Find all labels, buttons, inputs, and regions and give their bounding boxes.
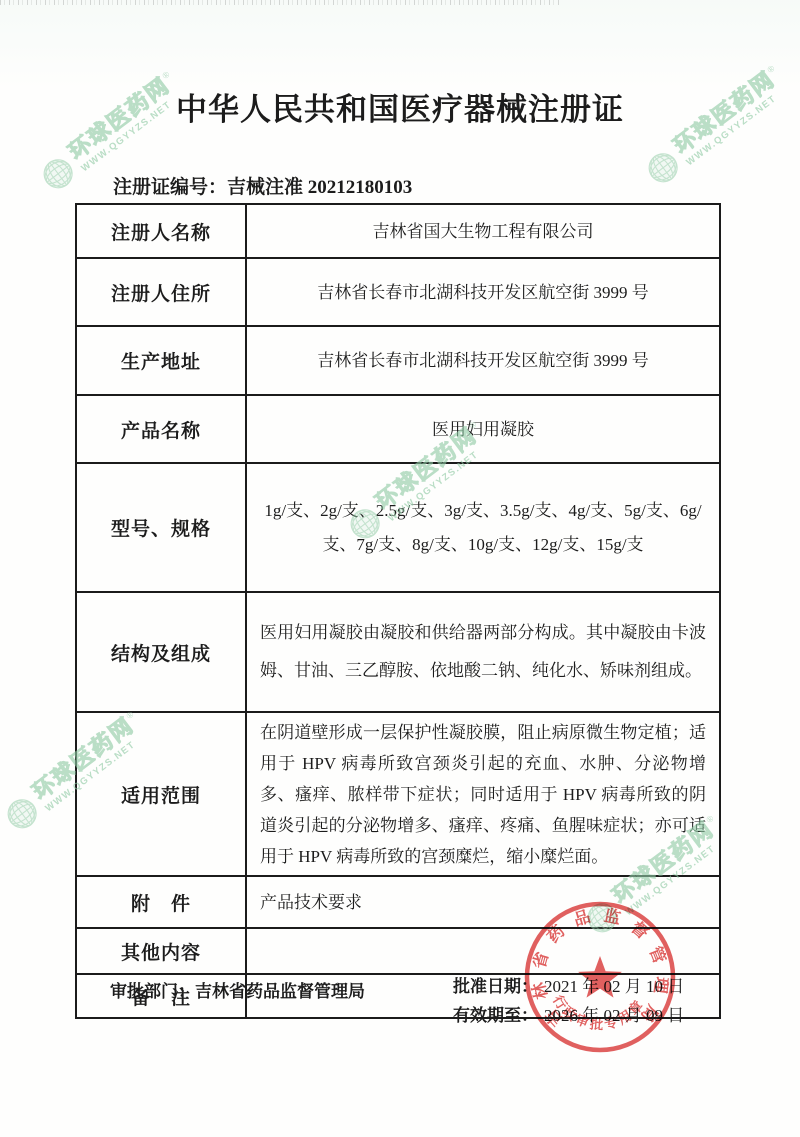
field-value: 产品技术要求 bbox=[246, 876, 720, 928]
approval-department-value: 吉林省药品监督管理局 bbox=[195, 982, 365, 1001]
field-value: 吉林省国大生物工程有限公司 bbox=[246, 204, 720, 258]
field-label: 附 件 bbox=[76, 876, 246, 928]
globe-icon bbox=[34, 150, 82, 198]
globe-icon bbox=[639, 144, 687, 192]
scan-noise-artifact bbox=[0, 0, 560, 5]
field-value: 吉林省长春市北湖科技开发区航空街 3999 号 bbox=[246, 258, 720, 326]
field-value: 1g/支、2g/支、2.5g/支、3g/支、3.5g/支、4g/支、5g/支、6… bbox=[246, 463, 720, 592]
table-row: 附 件 产品技术要求 bbox=[76, 876, 720, 928]
registered-trademark-icon: ® bbox=[765, 63, 776, 75]
field-label: 注册人名称 bbox=[76, 204, 246, 258]
table-row: 结构及组成 医用妇用凝胶由凝胶和供给器两部分构成。其中凝胶由卡波姆、甘油、三乙醇… bbox=[76, 592, 720, 712]
field-label: 生产地址 bbox=[76, 326, 246, 395]
field-label: 结构及组成 bbox=[76, 592, 246, 712]
approval-date-label: 批准日期： bbox=[453, 977, 538, 996]
dates-block: 批准日期：2021 年 02 月 10 日 有效期至：2026 年 02 月 0… bbox=[453, 972, 684, 1030]
field-value: 在阴道壁形成一层保护性凝胶膜，阻止病原微生物定植；适用于 HPV 病毒所致宫颈炎… bbox=[246, 712, 720, 876]
scanned-certificate: { "header": { "title": "中华人民共和国医疗器械注册证",… bbox=[0, 0, 800, 1137]
table-row: 产品名称 医用妇用凝胶 bbox=[76, 395, 720, 463]
field-label: 其他内容 bbox=[76, 928, 246, 974]
certificate-table: 注册人名称 吉林省国大生物工程有限公司 注册人住所 吉林省长春市北湖科技开发区航… bbox=[75, 203, 721, 1019]
field-value: 吉林省长春市北湖科技开发区航空街 3999 号 bbox=[246, 326, 720, 395]
globe-icon bbox=[0, 790, 46, 838]
cert-table-body: 注册人名称 吉林省国大生物工程有限公司 注册人住所 吉林省长春市北湖科技开发区航… bbox=[76, 204, 720, 1018]
valid-until-value: 2026 年 02 月 09 日 bbox=[538, 1006, 684, 1025]
table-row: 注册人住所 吉林省长春市北湖科技开发区航空街 3999 号 bbox=[76, 258, 720, 326]
field-label: 适用范围 bbox=[76, 712, 246, 876]
registration-number-value: 吉械注准 20212180103 bbox=[227, 177, 412, 198]
registration-number-label: 注册证编号： bbox=[113, 177, 227, 198]
table-row: 注册人名称 吉林省国大生物工程有限公司 bbox=[76, 204, 720, 258]
field-label: 注册人住所 bbox=[76, 258, 246, 326]
table-row: 型号、规格 1g/支、2g/支、2.5g/支、3g/支、3.5g/支、4g/支、… bbox=[76, 463, 720, 592]
table-row: 生产地址 吉林省长春市北湖科技开发区航空街 3999 号 bbox=[76, 326, 720, 395]
approval-department-line: 审批部门：吉林省药品监督管理局 bbox=[110, 977, 365, 1002]
approval-date-value: 2021 年 02 月 10 日 bbox=[538, 977, 684, 996]
approval-department-label: 审批部门： bbox=[110, 982, 195, 1001]
approval-date-line: 批准日期：2021 年 02 月 10 日 bbox=[453, 972, 684, 1001]
field-value: 医用妇用凝胶由凝胶和供给器两部分构成。其中凝胶由卡波姆、甘油、三乙醇胺、依地酸二… bbox=[246, 592, 720, 712]
field-label: 产品名称 bbox=[76, 395, 246, 463]
registered-trademark-icon: ® bbox=[160, 69, 171, 81]
registration-number-line: 注册证编号：吉械注准 20212180103 bbox=[113, 172, 412, 199]
table-row: 其他内容 bbox=[76, 928, 720, 974]
valid-until-line: 有效期至：2026 年 02 月 09 日 bbox=[453, 1001, 684, 1030]
valid-until-label: 有效期至： bbox=[453, 1006, 538, 1025]
field-value bbox=[246, 928, 720, 974]
field-value: 医用妇用凝胶 bbox=[246, 395, 720, 463]
field-label: 型号、规格 bbox=[76, 463, 246, 592]
table-row: 适用范围 在阴道壁形成一层保护性凝胶膜，阻止病原微生物定植；适用于 HPV 病毒… bbox=[76, 712, 720, 876]
page-title: 中华人民共和国医疗器械注册证 bbox=[0, 84, 800, 129]
